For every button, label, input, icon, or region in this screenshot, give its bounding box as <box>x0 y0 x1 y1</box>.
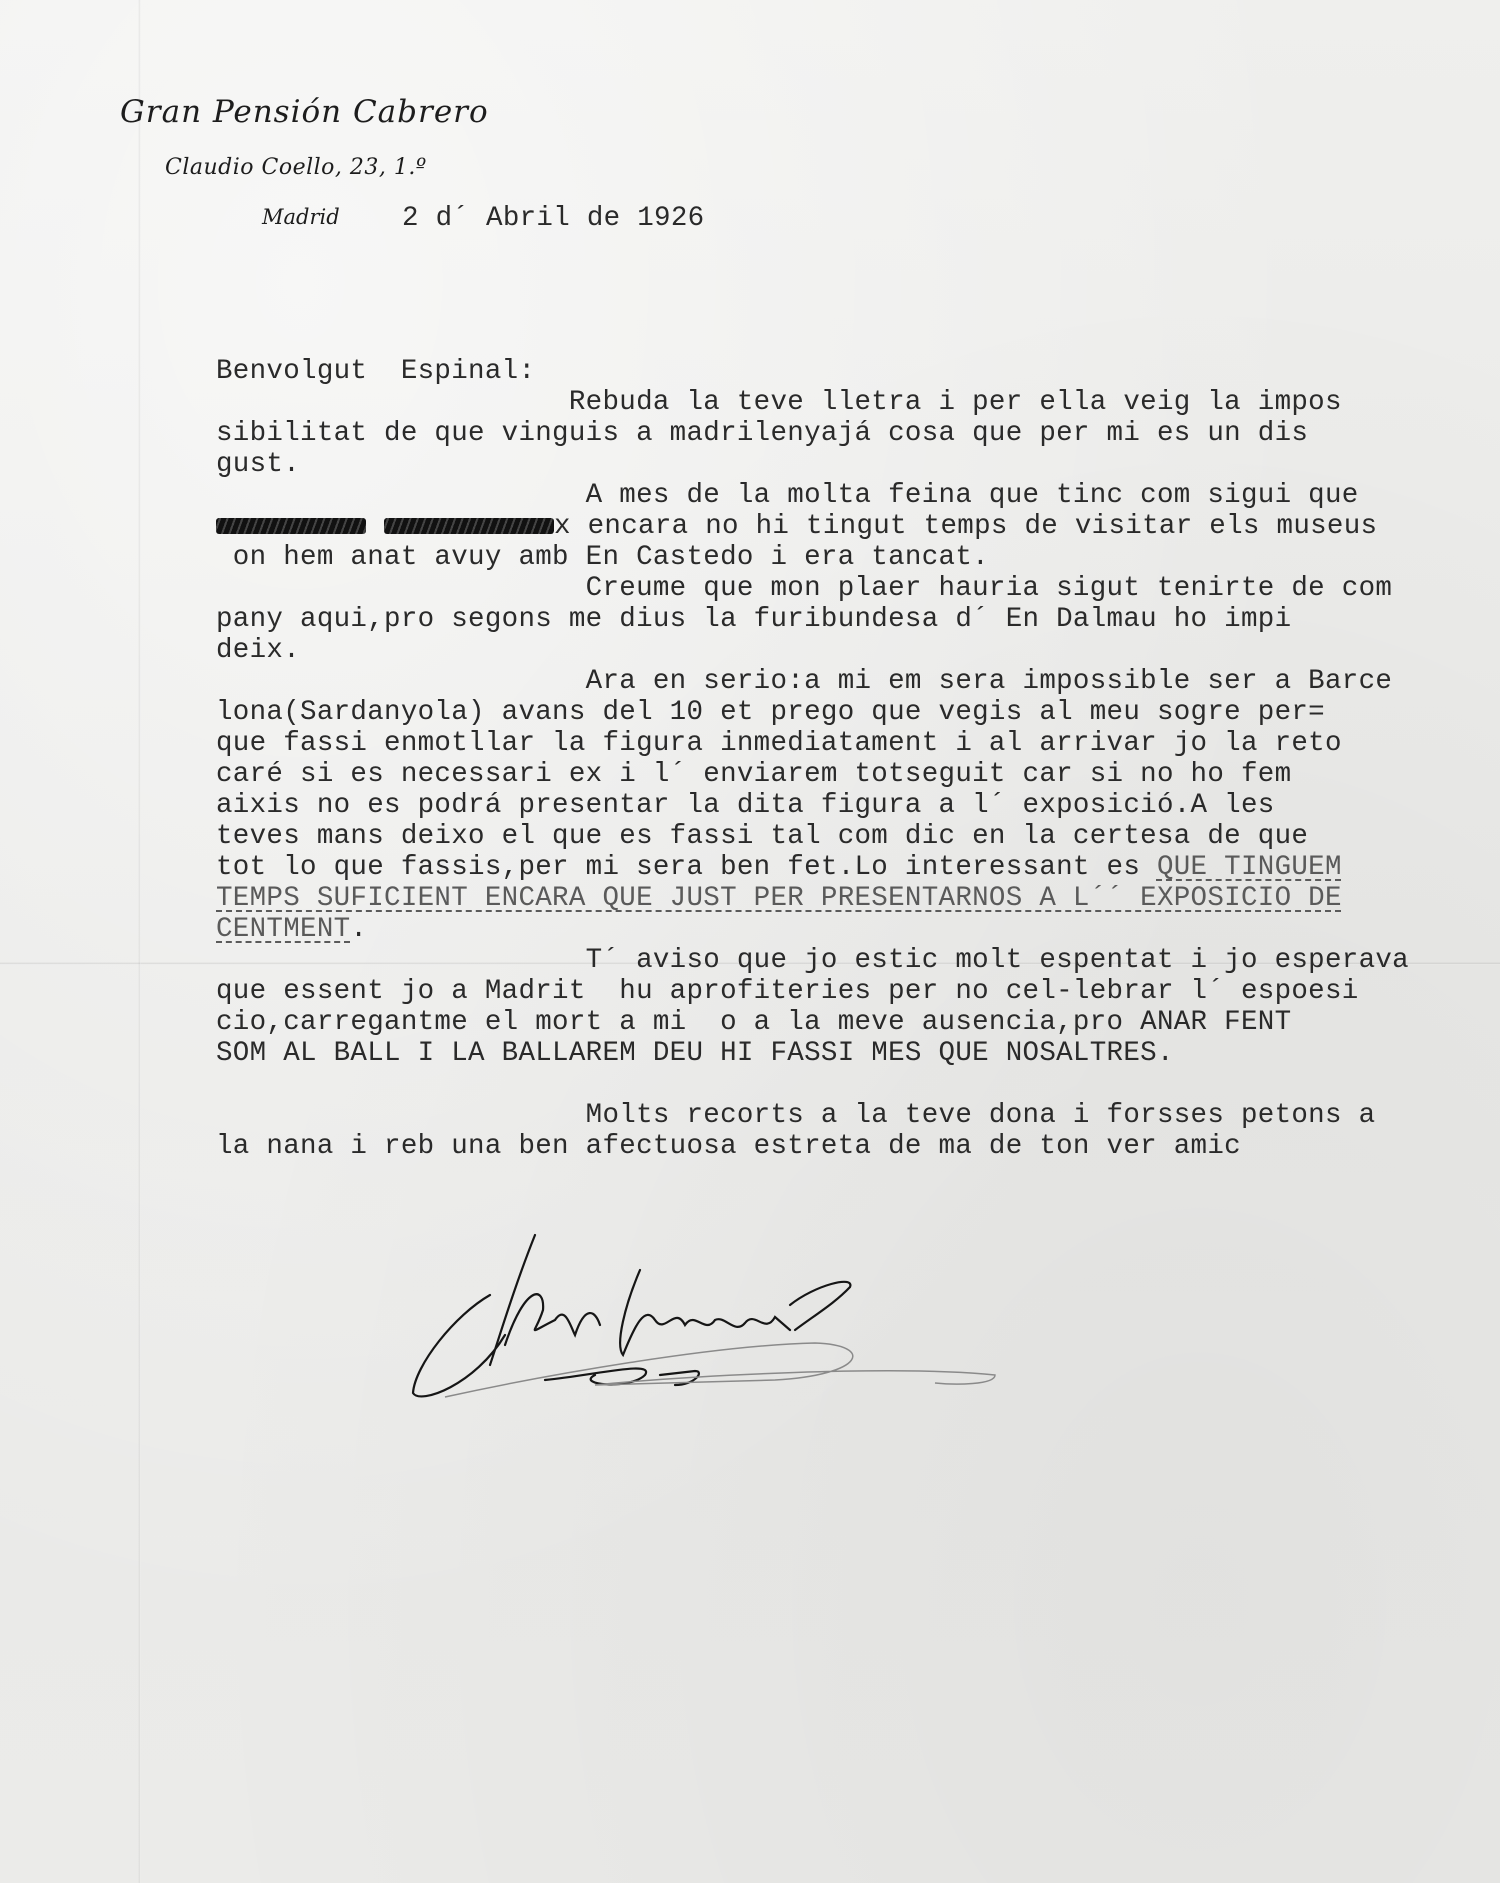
fold-crease <box>138 0 141 1883</box>
underlined-text: QUE TINGUEM <box>1157 852 1342 883</box>
letterhead-city: Madrid <box>262 205 340 229</box>
letter-line: caré si es necessari ex i l´ enviarem to… <box>216 759 1291 790</box>
salutation: Benvolgut Espinal: <box>216 356 535 387</box>
letter-line: deix. <box>216 635 300 666</box>
letter-line: CENTMENT. <box>216 914 367 945</box>
letter-line: T´ aviso que jo estic molt espentat i jo… <box>216 945 1409 976</box>
letter-line: teves mans deixo el que es fassi tal com… <box>216 821 1308 852</box>
letter-line: pany aqui,pro segons me dius la furibund… <box>216 604 1291 635</box>
letter-line: cio,carregantme el mort a mi o a la meve… <box>216 1007 1291 1038</box>
letter-line: gust. <box>216 449 300 480</box>
letter-line: aixis no es podrá presentar la dita figu… <box>216 790 1275 821</box>
letter-line: tot lo que fassis,per mi sera ben fet.Lo… <box>216 852 1342 883</box>
letter-line: sibilitat de que vinguis a madrilenyajá … <box>216 418 1308 449</box>
letter-line: Rebuda la teve lletra i per ella veig la… <box>216 387 1342 418</box>
letterhead-address: Claudio Coello, 23, 1.º <box>165 155 427 180</box>
letterhead-name: Gran Pensión Cabrero <box>120 94 489 130</box>
letter-line: la nana i reb una ben afectuosa estreta … <box>216 1131 1241 1162</box>
signature-icon <box>395 1225 1015 1405</box>
letter-line: on hem anat avuy amb En Castedo i era ta… <box>216 542 989 573</box>
crossed-out-text <box>384 518 554 534</box>
letter-date: 2 d´ Abril de 1926 <box>402 203 704 234</box>
underlined-text: CENTMENT <box>216 914 350 945</box>
letter-line: SOM AL BALL I LA BALLAREM DEU HI FASSI M… <box>216 1038 1174 1069</box>
letter-line: Ara en serio:a mi em sera impossible ser… <box>216 666 1392 697</box>
letter-page: Gran Pensión Cabrero Claudio Coello, 23,… <box>0 0 1500 1883</box>
underlined-text: TEMPS SUFICIENT ENCARA QUE JUST PER PRES… <box>216 883 1342 914</box>
letter-line: TEMPS SUFICIENT ENCARA QUE JUST PER PRES… <box>216 883 1342 914</box>
letter-line: x encara no hi tingut temps de visitar e… <box>216 511 1377 542</box>
letter-line: lona(Sardanyola) avans del 10 et prego q… <box>216 697 1325 728</box>
letter-line: A mes de la molta feina que tinc com sig… <box>216 480 1359 511</box>
letter-line: que essent jo a Madrit hu aprofiteries p… <box>216 976 1359 1007</box>
letter-line: que fassi enmotllar la figura inmediatam… <box>216 728 1342 759</box>
letter-line: Molts recorts a la teve dona i forsses p… <box>216 1100 1375 1131</box>
letter-line: Creume que mon plaer hauria sigut tenirt… <box>216 573 1392 604</box>
crossed-out-text <box>216 518 366 534</box>
